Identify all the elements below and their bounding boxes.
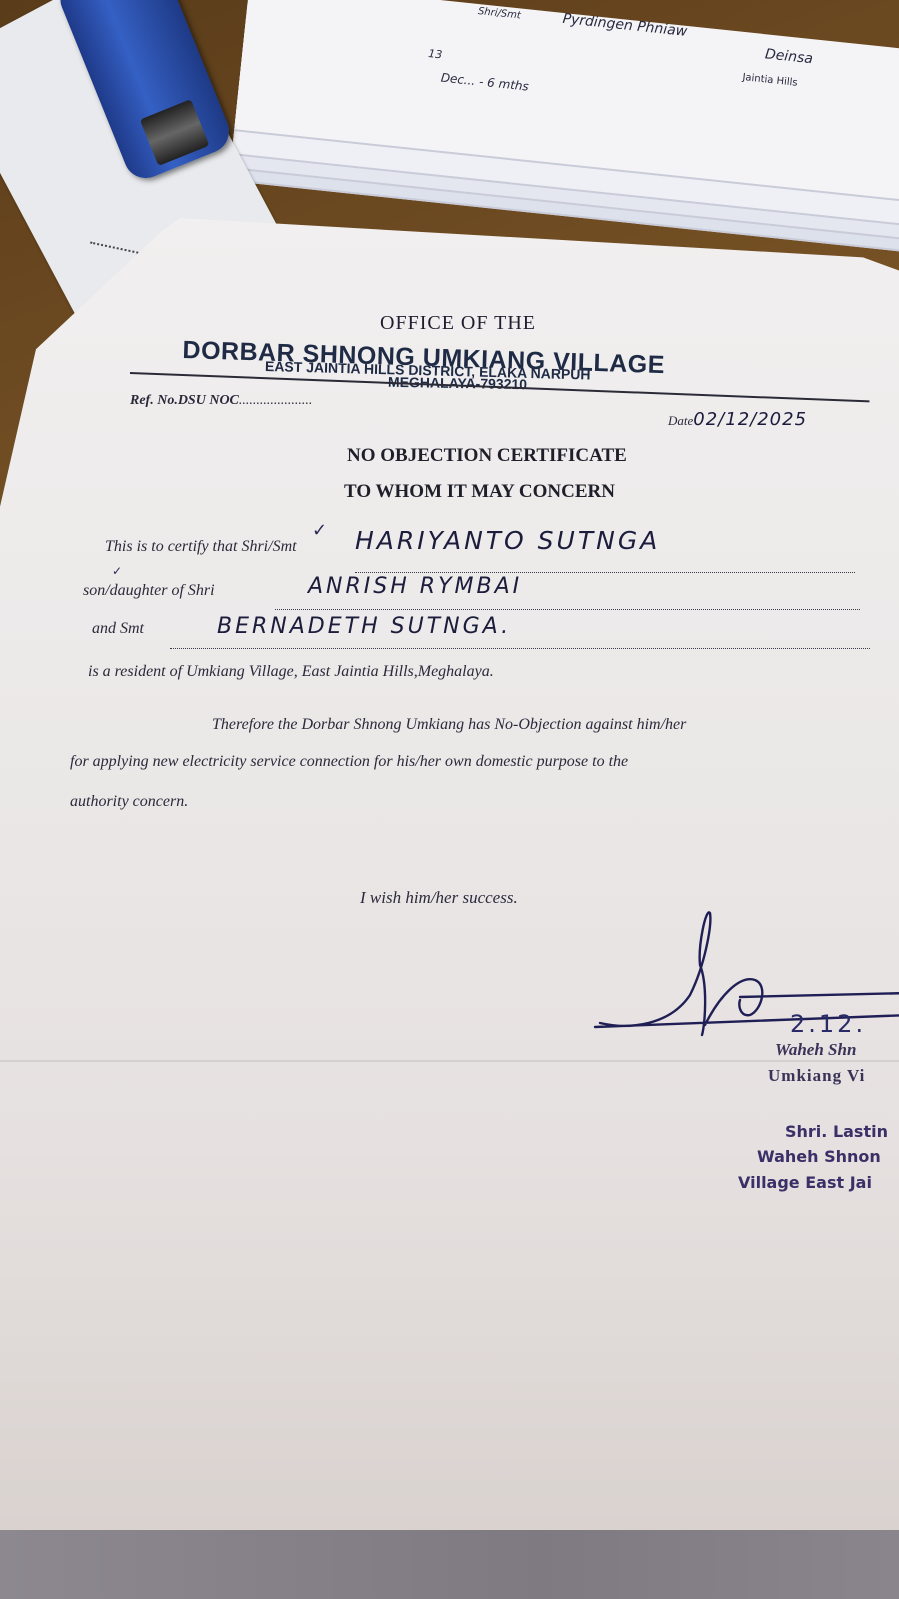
seal-line-3: Village East Jai	[738, 1173, 872, 1192]
reference-label: Ref. No.DSU NOC	[130, 393, 239, 408]
father-label: son/daughter of Shri	[83, 582, 215, 599]
stamp-line-1: Waheh Shn	[775, 1040, 856, 1060]
applicant-label: This is to certify that Shri/Smt	[105, 538, 297, 555]
father-field: son/daughter of Shri ANRISH RYMBAI	[83, 582, 215, 600]
body-paragraph-line-1: Therefore the Dorbar Shnong Umkiang has …	[212, 716, 686, 734]
applicant-name: HARIYANTO SUTNGA	[355, 526, 660, 555]
closing-wish: I wish him/her success.	[360, 888, 518, 908]
father-dotted-line	[275, 609, 860, 610]
date-field: Date02/12/2025	[668, 409, 807, 430]
residence-statement: is a resident of Umkiang Village, East J…	[88, 663, 494, 681]
fold-crease	[0, 1060, 899, 1062]
applicant-dotted-line	[355, 572, 855, 573]
date-label: Date	[668, 413, 693, 428]
certificate-subtitle: TO WHOM IT MAY CONCERN	[344, 481, 615, 503]
signature-date: 2.12.	[790, 1010, 866, 1038]
seal-line-2: Waheh Shnon	[757, 1147, 881, 1166]
reference-dots: .....................	[239, 393, 313, 408]
checkmark-icon: ✓	[312, 520, 327, 541]
seal-line-1: Shri. Lastin	[785, 1122, 888, 1141]
body-paragraph-line-2: for applying new electricity service con…	[70, 753, 628, 771]
mother-dotted-line	[170, 648, 870, 649]
mother-label: and Smt	[92, 620, 144, 637]
stamp-line-2: Umkiang Vi	[768, 1066, 865, 1086]
stack-note-number: 13	[428, 47, 443, 61]
body-paragraph-line-3: authority concern.	[70, 793, 188, 811]
applicant-field: This is to certify that Shri/Smt HARIYAN…	[105, 538, 297, 556]
reference-number: Ref. No.DSU NOC.....................	[130, 393, 312, 409]
certificate-title: NO OBJECTION CERTIFICATE	[347, 445, 627, 467]
letterhead-office-of: OFFICE OF THE	[380, 312, 536, 335]
mother-field: and Smt BERNADETH SUTNGA.	[92, 620, 144, 638]
mother-name: BERNADETH SUTNGA.	[217, 614, 511, 639]
checkmark-icon: ✓	[112, 564, 122, 578]
date-value: 02/12/2025	[693, 409, 807, 430]
floor-surface	[0, 1530, 899, 1599]
father-name: ANRISH RYMBAI	[308, 574, 522, 599]
